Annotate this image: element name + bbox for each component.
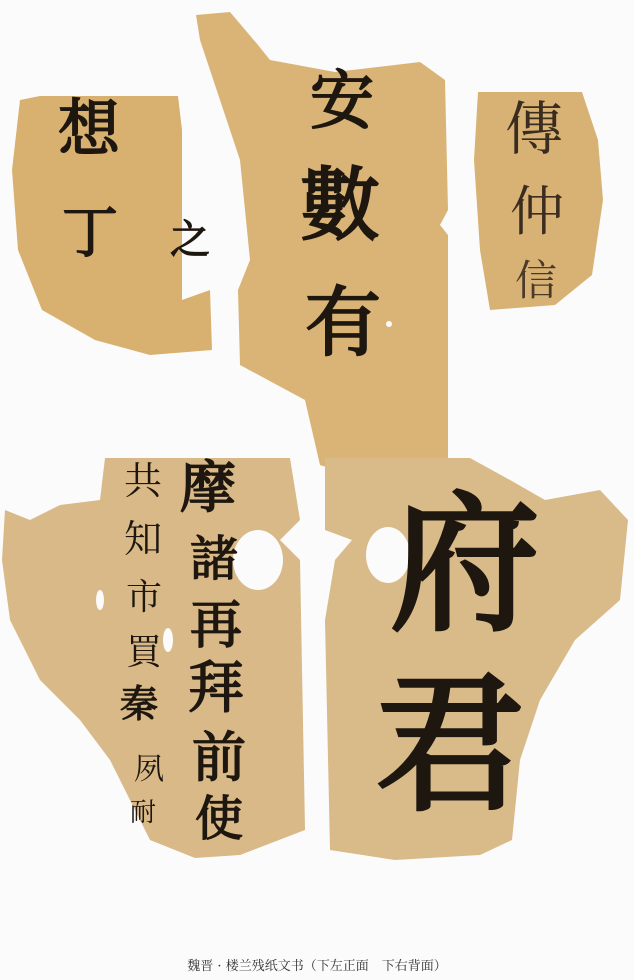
glyph: 有 — [305, 285, 381, 361]
glyph: 買 — [126, 635, 162, 671]
glyph: 知 — [124, 520, 162, 558]
glyph: 諸 — [190, 535, 238, 583]
glyph: 仲 — [510, 185, 564, 239]
glyph: 想 — [58, 98, 120, 160]
glyph: 君 — [375, 670, 525, 820]
glyph: 耐 — [130, 800, 156, 826]
glyph: 前 — [192, 730, 246, 784]
glyph: 傳 — [505, 100, 563, 158]
glyph: 信 — [515, 260, 557, 302]
glyph: 安 — [310, 70, 374, 134]
glyph: 夙 — [134, 755, 164, 785]
glyph: 秦 — [120, 685, 158, 723]
glyph: 市 — [126, 580, 162, 616]
glyph: 府 — [390, 490, 540, 640]
photo-caption: 魏晋 · 楼兰残纸文书（下左正面 下右背面） — [0, 955, 634, 974]
glyph: 共 — [124, 462, 162, 500]
glyph: 之 — [170, 220, 210, 260]
glyph: 丁 — [62, 205, 118, 261]
glyph: 摩 — [180, 460, 236, 516]
glyph: 拜 — [188, 660, 244, 716]
glyph: 再 — [190, 600, 242, 652]
manuscript-photo-page: 想 丁 之 安 數 有 傳 仲 信 共 知 市 買 秦 夙 耐 摩 諸 再 拜 … — [0, 0, 634, 980]
glyph: 數 — [300, 165, 380, 245]
glyph: 使 — [195, 795, 243, 843]
